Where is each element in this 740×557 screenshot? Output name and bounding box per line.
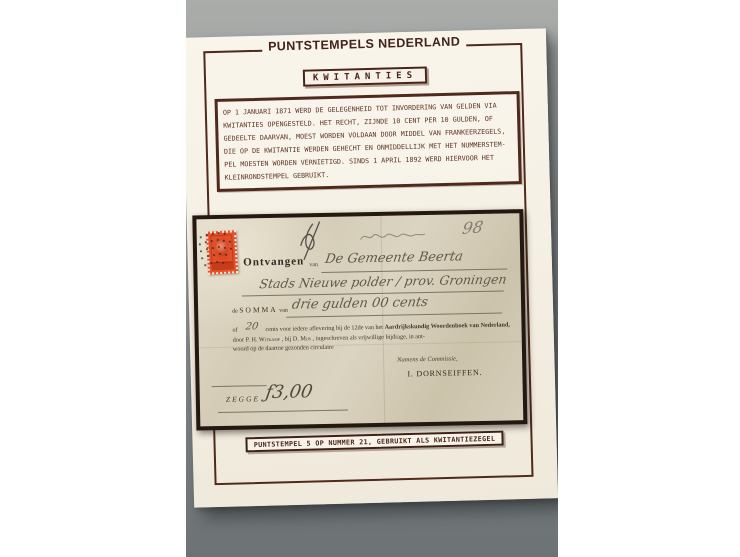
body-bold-title2: van Nederland, — [469, 321, 510, 329]
pencil-annotation — [359, 227, 427, 244]
body-witkamp: P. H. Witkamp — [246, 335, 281, 343]
somma-row: de SOMMA van — [232, 305, 288, 315]
body-paragraph: of 20 cents voor iedere aflevering bij d… — [232, 319, 511, 354]
committee-label: Namens de Commissie, — [397, 355, 458, 363]
write-line — [286, 313, 502, 318]
body-line3: woord op de daartoe gezonden circulaire — [233, 344, 334, 353]
album-page: PUNTSTEMPELS NEDERLAND KWITANTIES OP 1 J… — [186, 28, 558, 507]
body-mijs: D. Mijs — [293, 335, 311, 342]
zegge-amount-handwritten: ƒ3,00 — [264, 381, 314, 403]
somma-de: de — [232, 309, 238, 315]
body-rest: , ingeschreven als vrijwillige bijdrage,… — [312, 333, 424, 342]
puntstempel-cancel-dots — [197, 228, 246, 275]
paper-crease — [380, 216, 385, 423]
ontvangen-label: Ontvangen — [243, 255, 304, 268]
page-title: PUNTSTEMPELS NEDERLAND — [262, 34, 466, 53]
body-of: of — [232, 327, 237, 334]
write-line — [218, 410, 348, 413]
body-door: door — [233, 336, 246, 343]
body-bij: , bij — [282, 335, 293, 342]
payer-address-handwritten: Stads Nieuwe polder / prov. Groningen — [258, 271, 507, 291]
somma-label: SOMMA — [239, 305, 278, 315]
somma-van: van — [279, 308, 288, 314]
body-bold-title: Aardrijkskundig Woordenboek — [384, 322, 467, 331]
payer-handwritten: De Gemeente Beerta — [324, 249, 464, 267]
amount-handwritten: drie gulden 00 cents — [291, 295, 429, 313]
write-line — [212, 385, 267, 387]
intro-text-box: OP 1 JANUARI 1871 WERD DE GELEGENHEID TO… — [215, 91, 522, 192]
photo-of-album-page: PUNTSTEMPELS NEDERLAND KWITANTIES OP 1 J… — [186, 0, 558, 557]
receipt-photo: 98 Ontvangen van De Gemeente Beerta Stad… — [192, 209, 527, 430]
zegge-label: ZEGGE — [226, 394, 260, 404]
van-label: van — [309, 262, 318, 268]
pencil-number: 98 — [461, 217, 485, 238]
body-mid: cents voor iedere aflevering bij de 12de… — [265, 324, 384, 333]
section-title-box: KWITANTIES — [303, 66, 428, 86]
signature: I. DORNSEIFFEN. — [407, 368, 482, 378]
body-blank-handwritten: 20 — [244, 322, 258, 332]
receipt-paper: 98 Ontvangen van De Gemeente Beerta Stad… — [196, 213, 523, 426]
